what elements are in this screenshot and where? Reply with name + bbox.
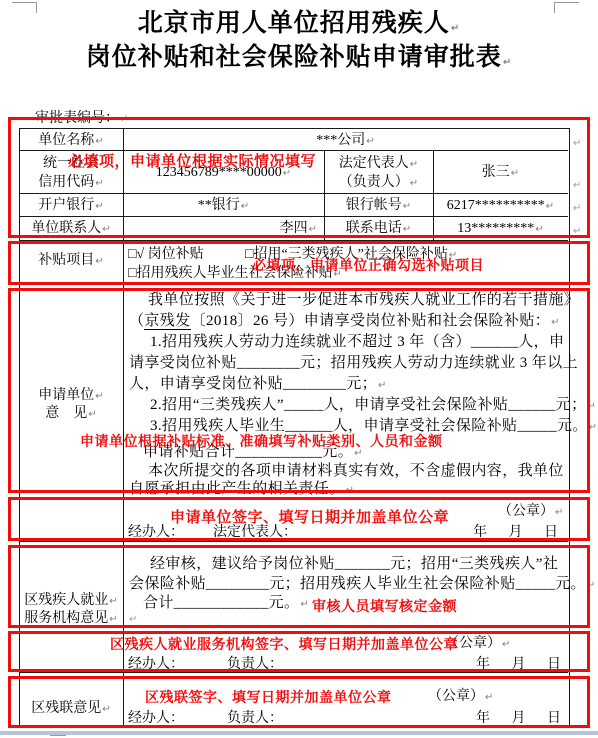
page-bottom-edge [0, 731, 598, 735]
annotation-required-check-items: 必填项，申请单位正确勾选补贴项目 [252, 255, 484, 275]
return-mark-icon: ↵ [589, 422, 598, 433]
annotation-box-agency-review [8, 545, 590, 628]
annotation-dpf-sign-seal: 区残联签字、填写日期并加盖单位公章 [145, 687, 392, 707]
document-title-line2: 岗位补贴和社会保险补贴申请审批表↵ [0, 42, 598, 79]
annotation-reviewer-fill-amount: 审核人员填写核定金额 [312, 596, 457, 616]
page-margin-mark-bottom-left [50, 735, 66, 736]
annotation-box-applicant-opinion [8, 288, 590, 493]
word-document-page: 北京市用人单位招用残疾人↵ 岗位补贴和社会保险补贴申请审批表↵ 审批表编号：↵ … [0, 0, 598, 738]
return-mark-icon: ↵ [573, 138, 581, 149]
annotation-agency-sign-seal: 区残疾人就业服务机构签字、填写日期并加盖单位公章 [110, 634, 458, 654]
table-gridline [19, 541, 568, 542]
return-mark-icon: ↵ [573, 226, 581, 237]
annotation-fill-per-standard: 申请单位根据补贴标准、准确填写补贴类别、人员和金额 [80, 431, 443, 451]
return-mark-icon: ↵ [573, 180, 581, 191]
annotation-applicant-sign-seal: 申请单位签字、填写日期并加盖单位公章 [170, 506, 449, 527]
annotation-required-fill-actual: 必填项，申请单位根据实际情况填写 [68, 150, 316, 171]
document-title-line1: 北京市用人单位招用残疾人↵ [0, 8, 598, 45]
return-mark-icon: ↵ [451, 23, 460, 34]
return-mark-icon: ↵ [503, 57, 512, 68]
annotation-box-basic-info [8, 117, 590, 238]
return-mark-icon: ↵ [573, 203, 581, 214]
